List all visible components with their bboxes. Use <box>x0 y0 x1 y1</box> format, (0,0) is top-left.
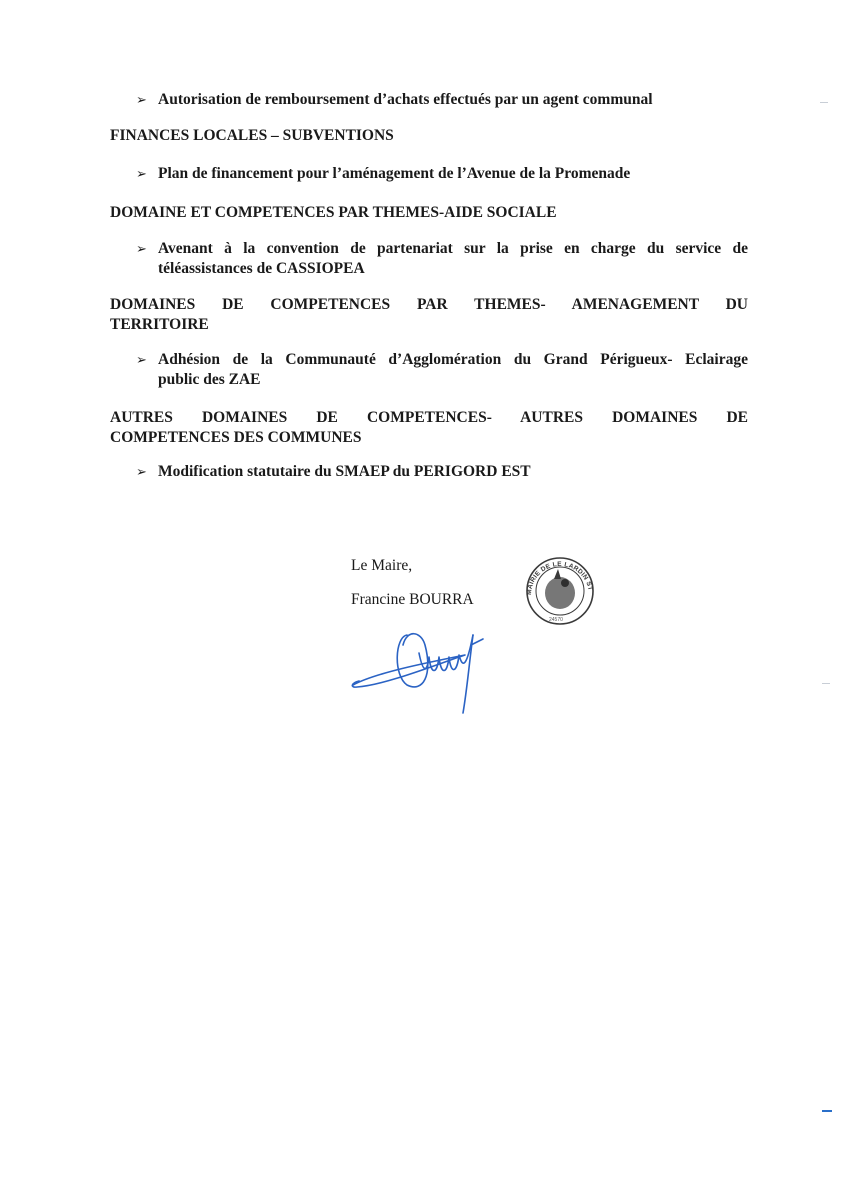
arrow-bullet-icon: ➢ <box>136 164 147 184</box>
section-heading-aide-sociale: DOMAINE ET COMPETENCES PAR THEMES-AIDE S… <box>110 203 748 223</box>
arrow-bullet-icon: ➢ <box>136 462 147 482</box>
agenda-item-eclairage: ➢ Adhésion de la Communauté d’Agglomérat… <box>136 350 748 390</box>
signatory-name: Francine BOURRA <box>351 590 474 610</box>
arrow-bullet-icon: ➢ <box>136 350 147 370</box>
scan-edge-mark <box>822 1110 832 1112</box>
signatory-title: Le Maire, <box>351 556 412 576</box>
svg-text:24570: 24570 <box>549 617 563 623</box>
scan-edge-mark <box>820 102 828 103</box>
section-heading-finances: FINANCES LOCALES – SUBVENTIONS <box>110 126 748 146</box>
agenda-item-remboursement: ➢ Autorisation de remboursement d’achats… <box>136 90 748 110</box>
document-page: ➢ Autorisation de remboursement d’achats… <box>0 0 849 1200</box>
mairie-stamp-icon: MAIRIE DE LE LARDIN ST LAZARE 24570 <box>521 555 599 627</box>
agenda-item-smaep: ➢ Modification statutaire du SMAEP du PE… <box>136 462 748 482</box>
section-heading-amenagement: DOMAINES DE COMPETENCES PAR THEMES- AMEN… <box>110 295 748 335</box>
agenda-item-cassiopea: ➢ Avenant à la convention de partenariat… <box>136 239 748 279</box>
agenda-item-plan-financement: ➢ Plan de financement pour l’aménagement… <box>136 164 748 184</box>
section-heading-autres-domaines: AUTRES DOMAINES DE COMPETENCES- AUTRES D… <box>110 408 748 448</box>
scan-edge-mark <box>822 683 830 684</box>
mayor-signature-icon <box>345 615 495 720</box>
arrow-bullet-icon: ➢ <box>136 90 147 110</box>
arrow-bullet-icon: ➢ <box>136 239 147 259</box>
